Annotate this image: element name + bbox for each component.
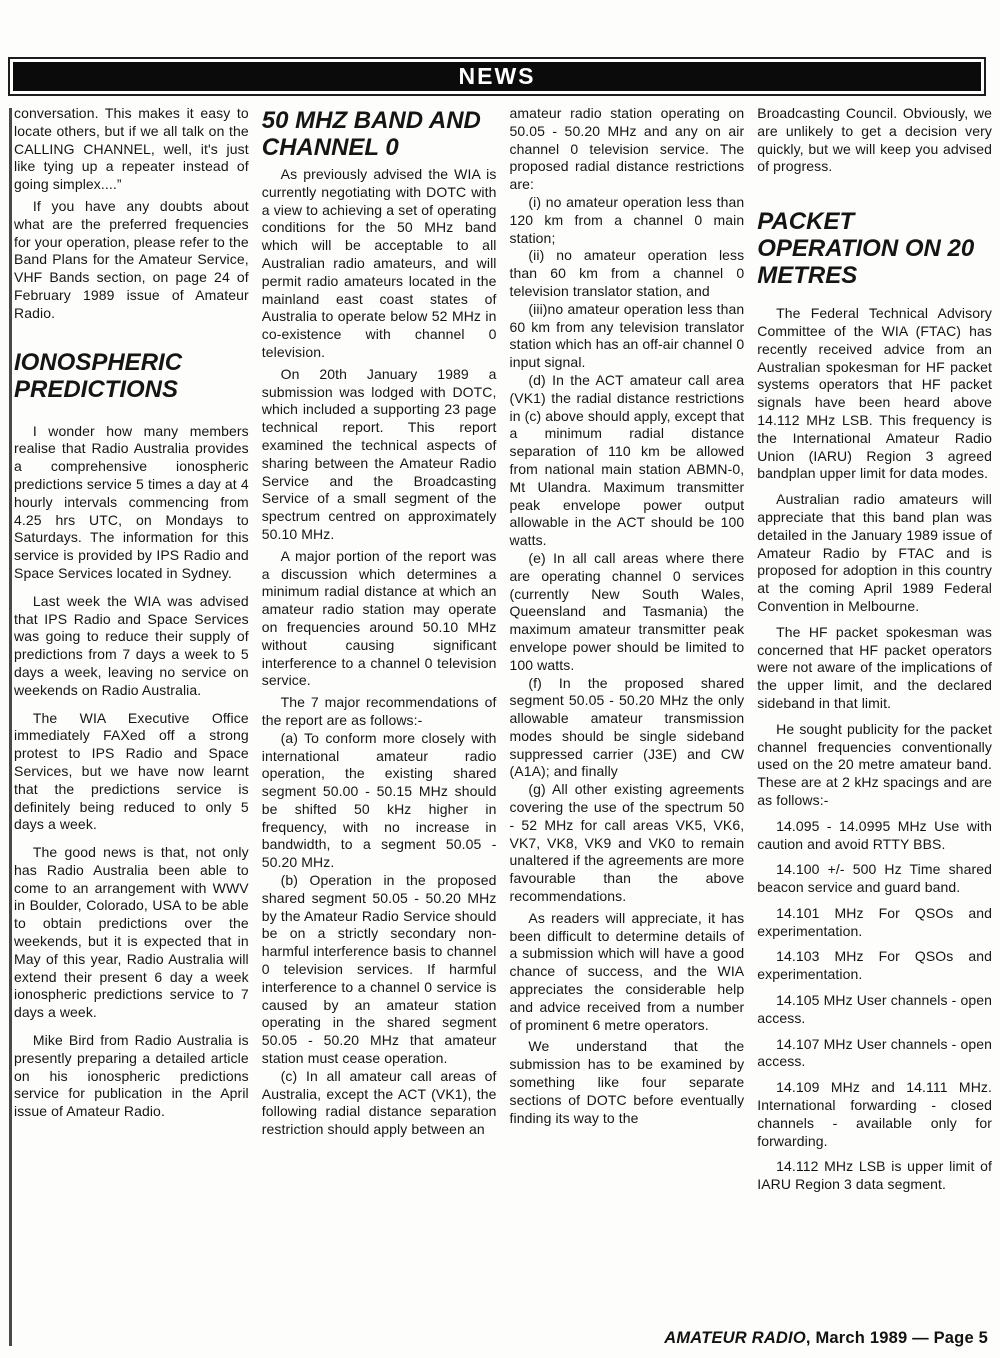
- list-item: (iii)no amateur operation less than 60 k…: [510, 301, 745, 372]
- paragraph: conversation. This makes it easy to loca…: [14, 105, 249, 194]
- news-banner-title: NEWS: [459, 65, 536, 88]
- news-banner-bar: NEWS: [13, 62, 981, 91]
- frequency-item: 14.095 - 14.0995 MHz Use with caution an…: [757, 818, 992, 854]
- frequency-item: 14.107 MHz User channels - open access.: [757, 1036, 992, 1072]
- paragraph: On 20th January 1989 a submission was lo…: [262, 366, 497, 544]
- scan-artifact-line: [9, 108, 12, 1346]
- section-heading-packet-operation: PACKET OPERATION ON 20 METRES: [757, 208, 992, 289]
- paragraph: The good news is that, not only has Radi…: [14, 844, 249, 1022]
- column-3: amateur radio station operating on 50.05…: [510, 105, 745, 1321]
- list-item: (i) no amateur operation less than 120 k…: [510, 194, 745, 247]
- paragraph: (d) In the ACT amateur call area (VK1) t…: [510, 372, 745, 550]
- paragraph: amateur radio station operating on 50.05…: [510, 105, 745, 194]
- frequency-item: 14.103 MHz For QSOs and experimentation.: [757, 948, 992, 984]
- paragraph: Mike Bird from Radio Australia is presen…: [14, 1032, 249, 1121]
- paragraph: He sought publicity for the packet chann…: [757, 721, 992, 810]
- paragraph: (b) Operation in the proposed shared seg…: [262, 872, 497, 1068]
- column-1: conversation. This makes it easy to loca…: [14, 105, 249, 1321]
- article-columns: conversation. This makes it easy to loca…: [14, 105, 992, 1321]
- paragraph: A major portion of the report was a disc…: [262, 548, 497, 690]
- paragraph: Australian radio amateurs will appreciat…: [757, 491, 992, 616]
- magazine-page: NEWS conversation. This makes it easy to…: [0, 0, 1000, 1358]
- paragraph: (a) To conform more closely with interna…: [262, 730, 497, 872]
- section-heading-50-mhz-band: 50 MHZ BAND AND CHANNEL 0: [262, 107, 497, 161]
- paragraph: (g) All other existing agreements coveri…: [510, 781, 745, 906]
- paragraph: (c) In all amateur call areas of Austral…: [262, 1068, 497, 1139]
- section-heading-ionospheric-predictions: IONOSPHERIC PREDICTIONS: [14, 349, 249, 403]
- paragraph: As previously advised the WIA is current…: [262, 166, 497, 362]
- frequency-item: 14.101 MHz For QSOs and experimentation.: [757, 905, 992, 941]
- paragraph: The HF packet spokesman was concerned th…: [757, 624, 992, 713]
- frequency-item: 14.100 +/- 500 Hz Time shared beacon ser…: [757, 861, 992, 897]
- paragraph: (f) In the proposed shared segment 50.05…: [510, 675, 745, 782]
- paragraph: Last week the WIA was advised that IPS R…: [14, 593, 249, 700]
- paragraph: We understand that the submission has to…: [510, 1038, 745, 1127]
- paragraph: I wonder how many members realise that R…: [14, 423, 249, 583]
- paragraph: If you have any doubts about what are th…: [14, 198, 249, 323]
- paragraph: (e) In all call areas where there are op…: [510, 550, 745, 675]
- column-2: 50 MHZ BAND AND CHANNEL 0 As previously …: [262, 105, 497, 1321]
- page-footer: AMATEUR RADIO, March 1989 — Page 5: [664, 1329, 988, 1348]
- news-banner: NEWS: [8, 57, 986, 96]
- footer-issue-page: , March 1989 — Page 5: [806, 1329, 988, 1347]
- column-4: Broadcasting Council. Obviously, we are …: [757, 105, 992, 1321]
- list-item: (ii) no amateur operation less than 60 k…: [510, 247, 745, 300]
- frequency-item: 14.112 MHz LSB is upper limit of IARU Re…: [757, 1158, 992, 1194]
- paragraph: The WIA Executive Office immediately FAX…: [14, 710, 249, 835]
- frequency-item: 14.105 MHz User channels - open access.: [757, 992, 992, 1028]
- paragraph: The Federal Technical Advisory Committee…: [757, 305, 992, 483]
- paragraph: As readers will appreciate, it has been …: [510, 910, 745, 1035]
- paragraph: The 7 major recommendations of the repor…: [262, 694, 497, 730]
- frequency-item: 14.109 MHz and 14.111 MHz. International…: [757, 1079, 992, 1150]
- magazine-name: AMATEUR RADIO: [664, 1329, 806, 1347]
- paragraph: Broadcasting Council. Obviously, we are …: [757, 105, 992, 176]
